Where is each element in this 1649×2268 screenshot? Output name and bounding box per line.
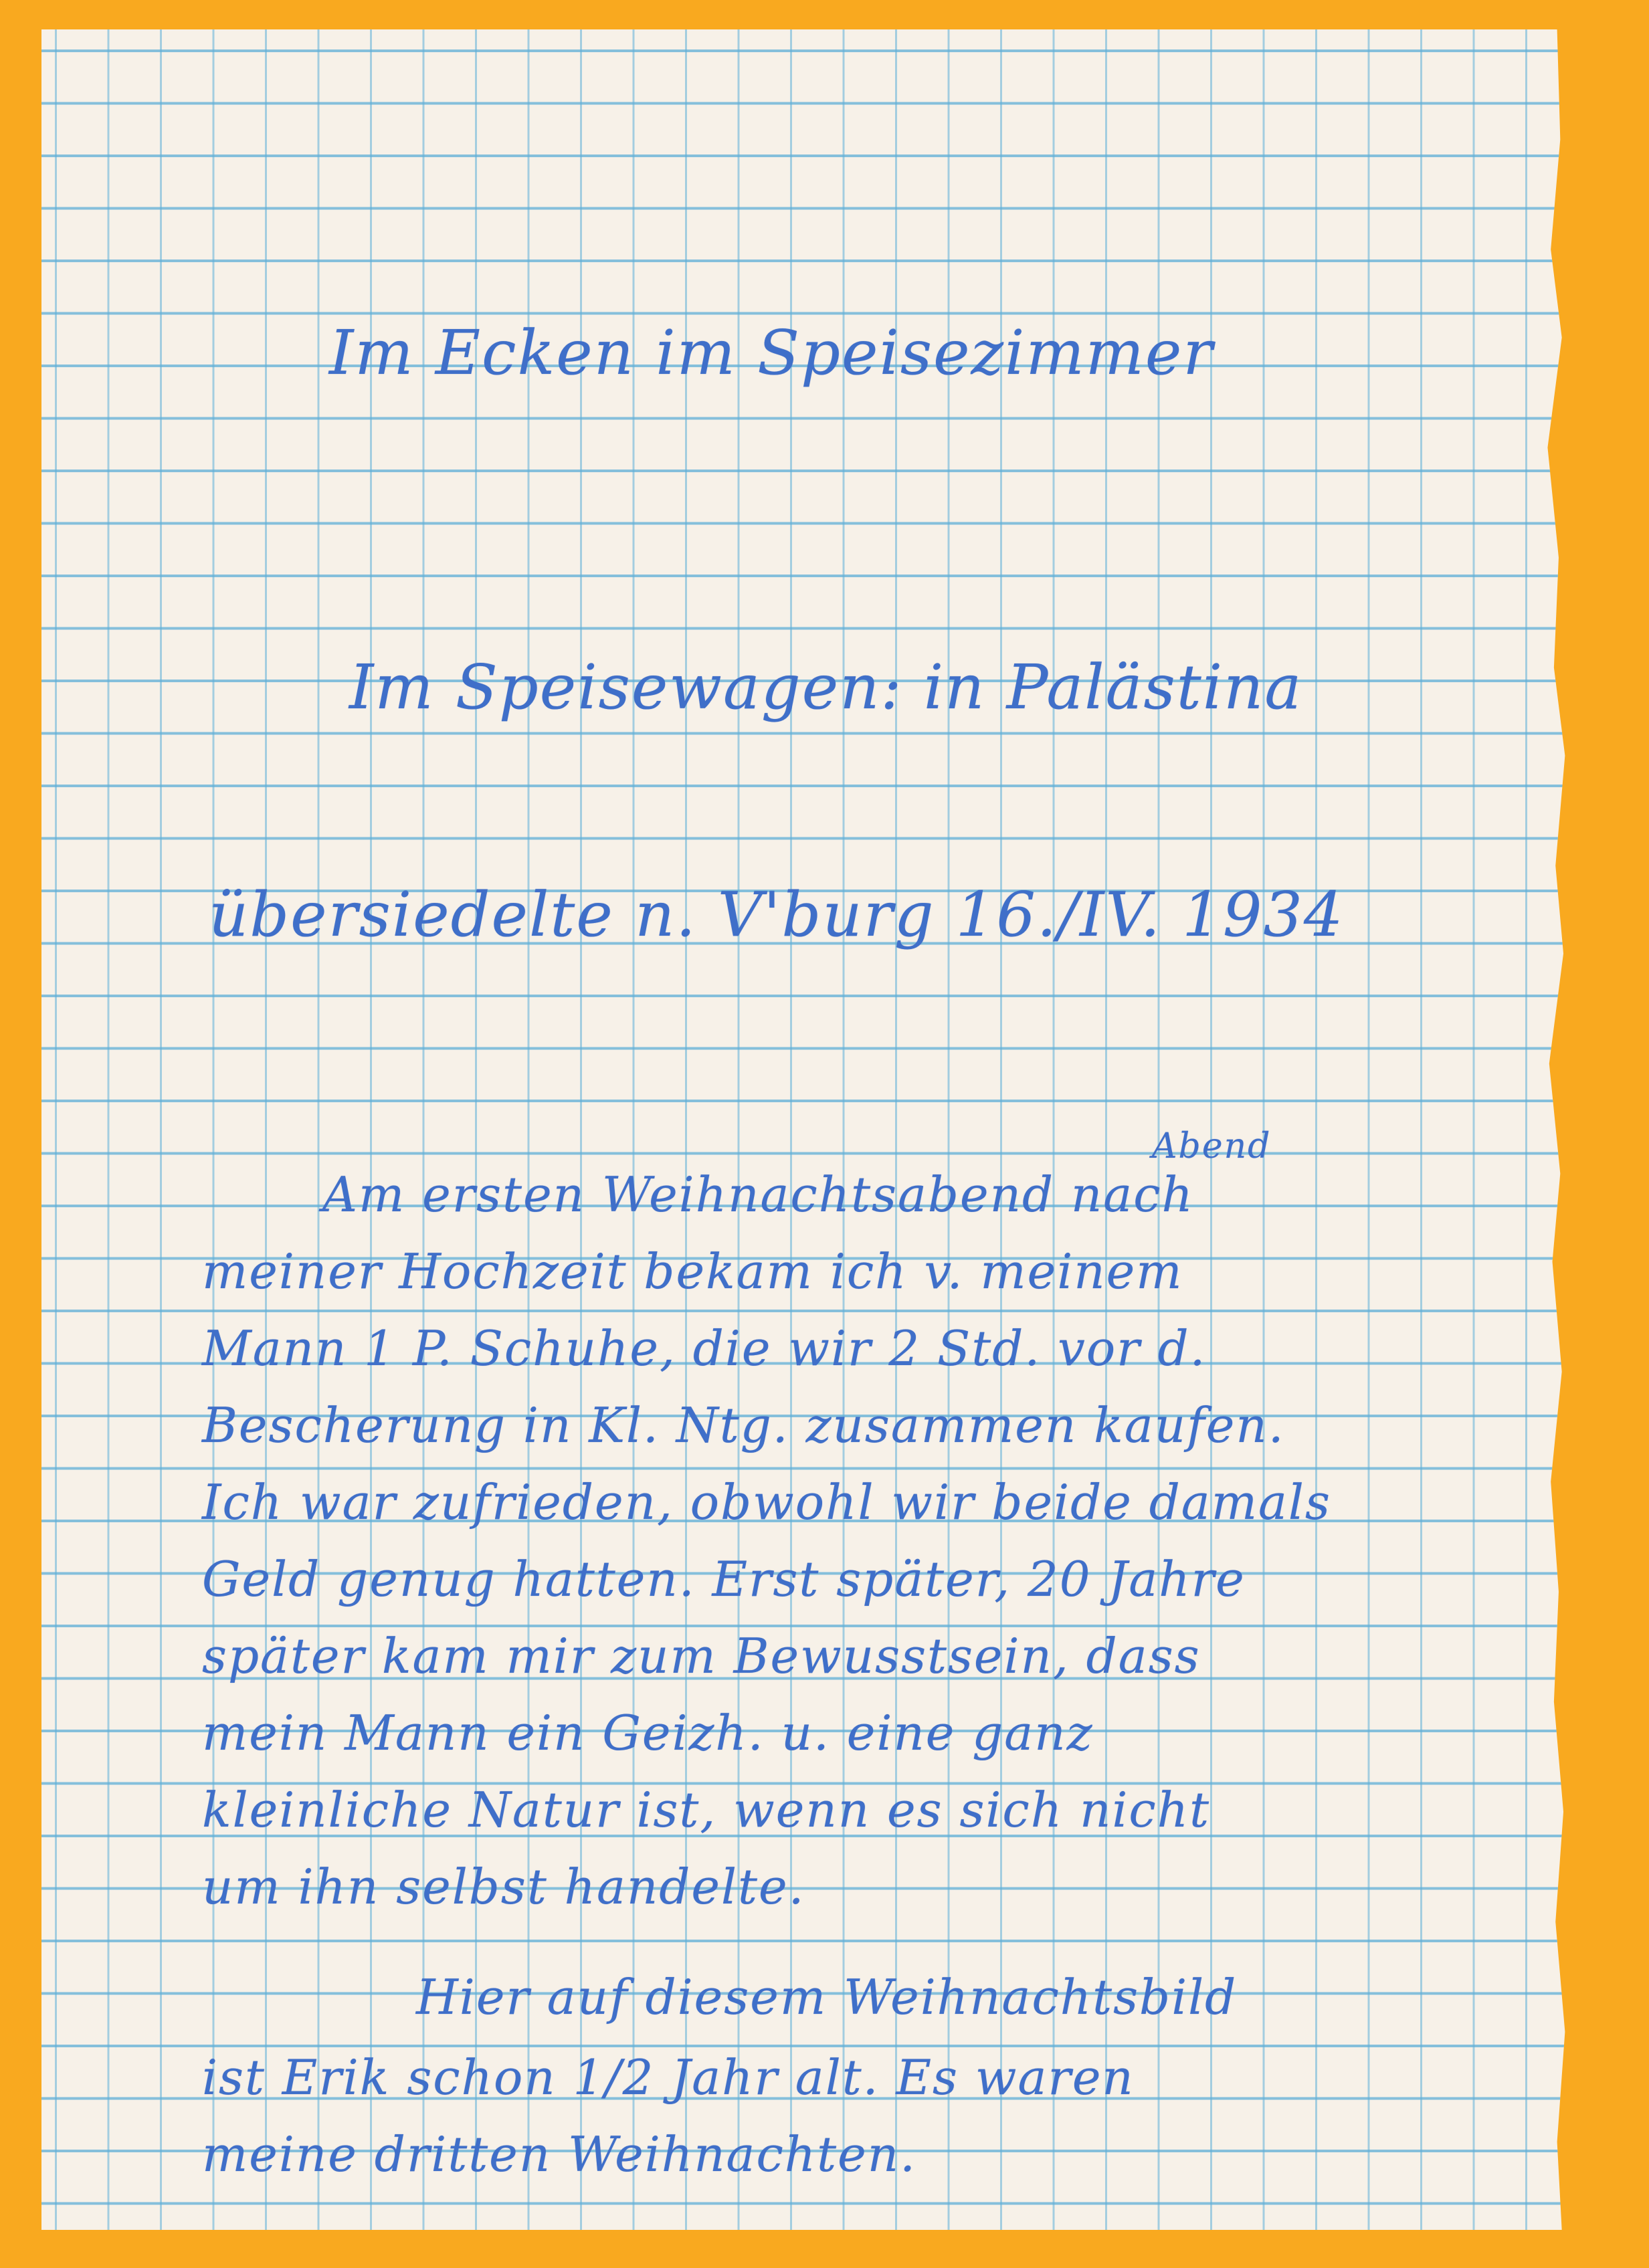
paragraph-1-line-8: mein Mann ein Geizh. u. eine ganz (202, 1705, 1094, 1761)
paragraph-1-line-6: Geld genug hatten. Erst später, 20 Jahre (202, 1551, 1246, 1607)
relocation-date-line: übersiedelte n. V'burg 16./IV. 1934 (209, 879, 1344, 950)
paragraph-1-line-2: meiner Hochzeit bekam ich v. meinem (202, 1243, 1183, 1300)
paragraph-1-line-5: Ich war zufrieden, obwohl wir beide dama… (202, 1474, 1331, 1530)
paragraph-1-line-7: später kam mir zum Bewusstsein, dass (202, 1628, 1201, 1684)
paragraph-1-line-4: Bescherung in Kl. Ntg. zusammen kaufen. (202, 1397, 1285, 1453)
heading-line-2: Im Speisewagen: in Palästina (349, 651, 1302, 723)
paragraph-1-line-3: Mann 1 P. Schuhe, die wir 2 Std. vor d. (202, 1320, 1206, 1376)
paragraph-1-line-1: Am ersten Weihnachtsabend nach (322, 1166, 1194, 1223)
paragraph-2-line-3: meine dritten Weihnachten. (202, 2126, 916, 2182)
grid-paper-sheet: Im Ecken im Speisezimmer Im Speisewagen:… (41, 29, 1620, 2230)
paragraph-1-line-10: um ihn selbst handelte. (202, 1859, 805, 1915)
paragraph-2-line-1: Hier auf diesem Weihnachtsbild (416, 1969, 1237, 2025)
paragraph-2-line-2: ist Erik schon 1/2 Jahr alt. Es waren (202, 2049, 1135, 2105)
heading-line-1: Im Ecken im Speisezimmer (329, 317, 1214, 389)
inserted-word-abend: Abend (1152, 1126, 1271, 1166)
paragraph-1-line-9: kleinliche Natur ist, wenn es sich nicht (202, 1782, 1210, 1838)
